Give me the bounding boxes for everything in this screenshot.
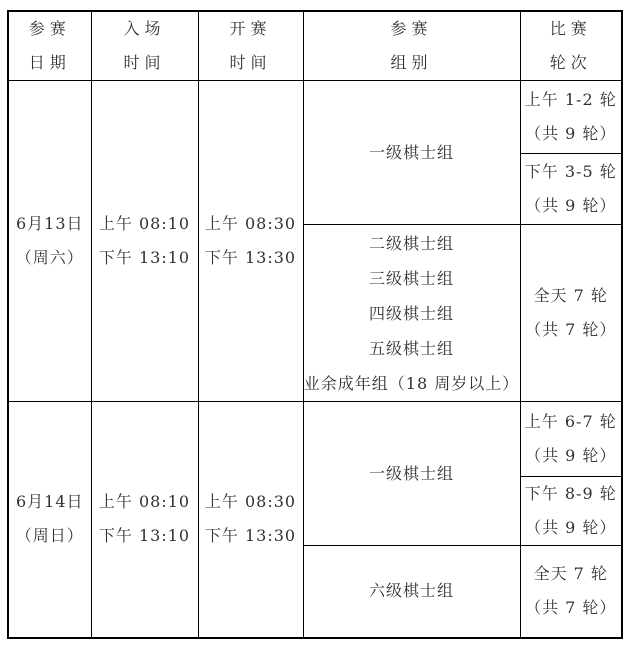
group-name: 一级棋士组: [304, 457, 520, 491]
header-line: 轮次: [521, 46, 622, 80]
rounds-total-line: （共 7 轮）: [521, 313, 622, 347]
cell-day1-group-a: 一级棋士组: [303, 81, 520, 225]
rounds-total-line: （共 9 轮）: [521, 117, 622, 151]
header-line: 日期: [9, 46, 91, 80]
group-name: 三级棋士组: [304, 261, 520, 296]
header-line: 参赛: [9, 12, 91, 46]
header-participation-date: 参赛 日期: [8, 11, 91, 81]
date-line: 6月13日: [9, 207, 91, 241]
cell-day2-entry-time: 上午 08:10 下午 13:10: [91, 402, 198, 638]
cell-day2-rounds-morning: 上午 6-7 轮 （共 9 轮）: [520, 402, 622, 477]
rounds-total-line: （共 9 轮）: [521, 189, 622, 223]
document-page: 参赛 日期 入场 时间 开赛 时间 参赛 组别 比赛 轮次 6月13: [7, 10, 623, 639]
time-line: 下午 13:10: [92, 241, 198, 275]
rounds-total-line: （共 7 轮）: [521, 591, 622, 625]
header-group: 参赛 组别: [303, 11, 520, 81]
header-line: 入场: [92, 12, 198, 46]
schedule-table: 参赛 日期 入场 时间 开赛 时间 参赛 组别 比赛 轮次 6月13: [7, 10, 623, 639]
cell-day1-entry-time: 上午 08:10 下午 13:10: [91, 81, 198, 402]
header-start-time: 开赛 时间: [198, 11, 303, 81]
time-line: 下午 13:30: [199, 519, 303, 553]
rounds-line: 下午 8-9 轮: [521, 477, 622, 511]
cell-day2-group-b: 六级棋士组: [303, 546, 520, 638]
group-name: 四级棋士组: [304, 296, 520, 331]
group-name: 五级棋士组: [304, 331, 520, 366]
group-name: 业余成年组（18 周岁以上）: [304, 366, 520, 401]
header-entry-time: 入场 时间: [91, 11, 198, 81]
rounds-line: 上午 1-2 轮: [521, 83, 622, 117]
header-rounds: 比赛 轮次: [520, 11, 622, 81]
group-name: 二级棋士组: [304, 226, 520, 261]
cell-day2-rounds-allday: 全天 7 轮 （共 7 轮）: [520, 546, 622, 638]
time-line: 上午 08:30: [199, 207, 303, 241]
rounds-line: 上午 6-7 轮: [521, 405, 622, 439]
cell-day1-date: 6月13日 （周六）: [8, 81, 91, 402]
cell-day1-rounds-morning: 上午 1-2 轮 （共 9 轮）: [520, 81, 622, 154]
rounds-line: 全天 7 轮: [521, 557, 622, 591]
cell-day2-rounds-afternoon: 下午 8-9 轮 （共 9 轮）: [520, 477, 622, 546]
group-name: 六级棋士组: [304, 574, 520, 608]
header-line: 开赛: [199, 12, 303, 46]
cell-day1-rounds-allday: 全天 7 轮 （共 7 轮）: [520, 225, 622, 402]
cell-day2-date: 6月14日 （周日）: [8, 402, 91, 638]
cell-day1-rounds-afternoon: 下午 3-5 轮 （共 9 轮）: [520, 154, 622, 225]
weekday-line: （周六）: [9, 241, 91, 275]
date-line: 6月14日: [9, 485, 91, 519]
cell-day2-start-time: 上午 08:30 下午 13:30: [198, 402, 303, 638]
header-line: 时间: [199, 46, 303, 80]
time-line: 上午 08:10: [92, 207, 198, 241]
group-name: 一级棋士组: [304, 136, 520, 170]
time-line: 下午 13:30: [199, 241, 303, 275]
header-line: 时间: [92, 46, 198, 80]
cell-day1-start-time: 上午 08:30 下午 13:30: [198, 81, 303, 402]
cell-day2-group-a: 一级棋士组: [303, 402, 520, 546]
rounds-line: 下午 3-5 轮: [521, 155, 622, 189]
weekday-line: （周日）: [9, 519, 91, 553]
cell-day1-groups-b: 二级棋士组 三级棋士组 四级棋士组 五级棋士组 业余成年组（18 周岁以上）: [303, 225, 520, 402]
time-line: 上午 08:30: [199, 485, 303, 519]
header-line: 组别: [304, 46, 520, 80]
time-line: 下午 13:10: [92, 519, 198, 553]
time-line: 上午 08:10: [92, 485, 198, 519]
header-line: 比赛: [521, 12, 622, 46]
header-line: 参赛: [304, 12, 520, 46]
rounds-total-line: （共 9 轮）: [521, 439, 622, 473]
rounds-total-line: （共 9 轮）: [521, 511, 622, 545]
rounds-line: 全天 7 轮: [521, 279, 622, 313]
